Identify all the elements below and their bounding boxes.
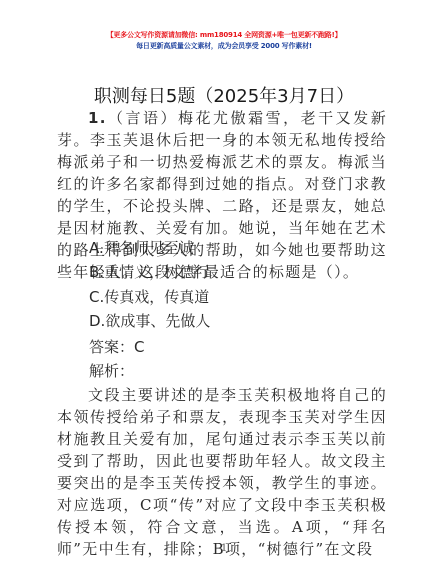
option-d: D.欲成事、先做人	[89, 311, 210, 331]
option-letter: A.	[89, 239, 104, 257]
promo-header-line-1: 【更多公文写作资源请加微信: mm180914 全网资源+唯一包更新不跑路!】	[0, 30, 448, 40]
option-text: 传真戏，传真道	[104, 288, 209, 306]
analysis-label: 解析：	[89, 361, 134, 381]
answer-line: 答案：C	[89, 337, 145, 357]
option-a: A.拜名师见至诚	[89, 238, 194, 258]
option-text: 欲成事、先做人	[105, 312, 210, 330]
answer-label: 答案：	[89, 338, 134, 356]
option-text: 拜名师见至诚	[104, 239, 194, 257]
document-page: 【更多公文写作资源请加微信: mm180914 全网资源+唯一包更新不跑路!】 …	[0, 0, 448, 580]
option-letter: B.	[89, 263, 104, 281]
page-number: 1	[0, 543, 448, 554]
answer-value: C	[134, 338, 144, 356]
page-title: 职测每日5题（2025年3月7日）	[0, 82, 448, 108]
option-text: 重情义，树德行	[104, 263, 209, 281]
option-letter: C.	[89, 288, 104, 306]
option-c: C.传真戏，传真道	[89, 287, 209, 307]
question-number: 1.	[88, 109, 107, 127]
option-b: B.重情义，树德行	[89, 262, 209, 282]
option-letter: D.	[89, 312, 105, 330]
promo-header-line-2: 每日更新高质量公文素材，成为会员享受 2000 写作素材!	[0, 41, 448, 51]
analysis-paragraph: 文段主要讲述的是李玉芙积极地将自己的本领传授给弟子和票友，表现李玉芙对学生因材施…	[57, 384, 387, 560]
